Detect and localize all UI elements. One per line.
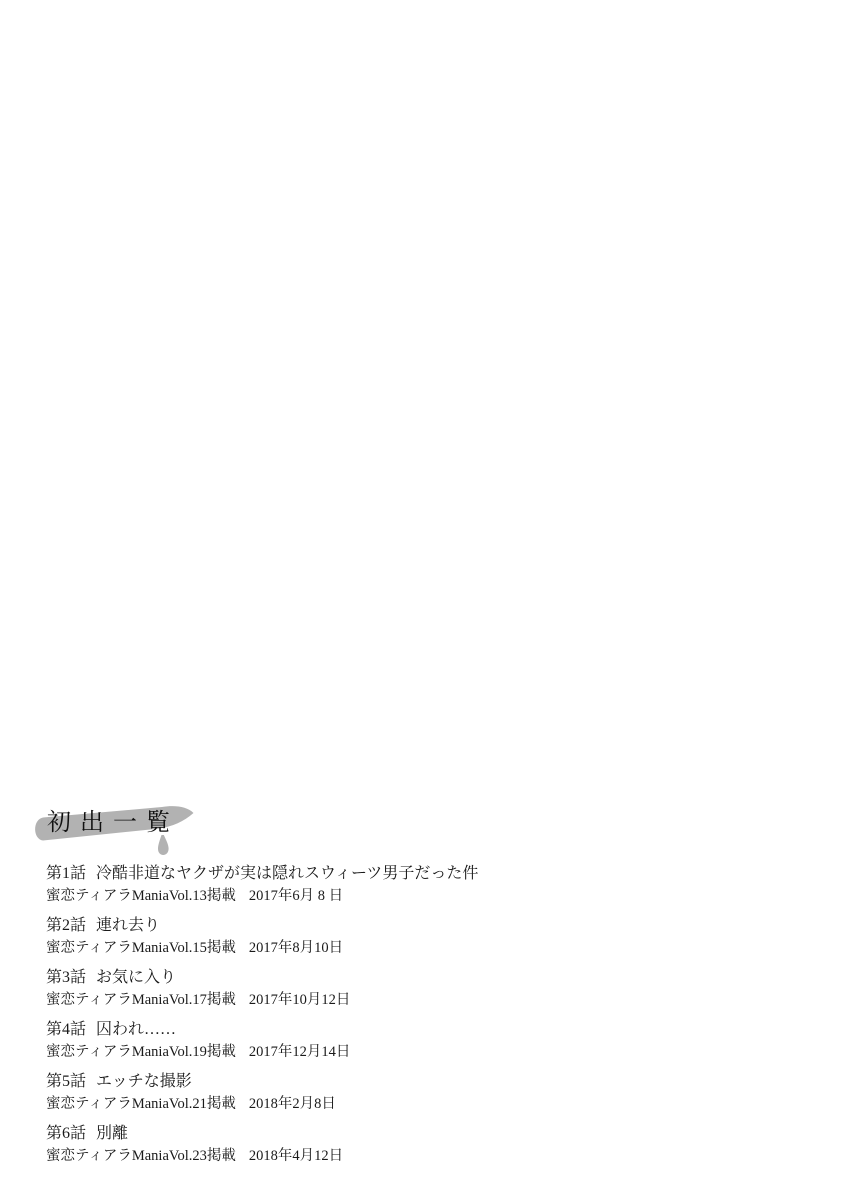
entry-publication-line: 蜜恋ティアラManiaVol.19掲載2017年12月14日 (46, 1041, 478, 1063)
entry-title-line: 第6話別離 (46, 1123, 478, 1145)
entry-title-line: 第1話冷酷非道なヤクザが実は隠れスウィーツ男子だった件 (46, 863, 478, 885)
publication-date: 2017年8月10日 (249, 940, 343, 956)
publication-name: 蜜恋ティアラManiaVol.13掲載 (46, 888, 236, 904)
publication-date: 2017年10月12日 (249, 992, 351, 1008)
ink-drip-icon (158, 835, 169, 855)
publication-name: 蜜恋ティアラManiaVol.19掲載 (46, 1044, 236, 1060)
page-title: 初出一覧 (47, 808, 179, 838)
chapter-number: 第2話 (46, 917, 86, 934)
list-item: 第5話エッチな撮影 蜜恋ティアラManiaVol.21掲載2018年2月8日 (46, 1071, 478, 1115)
publication-name: 蜜恋ティアラManiaVol.15掲載 (46, 940, 236, 956)
list-item: 第2話連れ去り 蜜恋ティアラManiaVol.15掲載2017年8月10日 (46, 915, 478, 959)
list-item: 第4話囚われ…… 蜜恋ティアラManiaVol.19掲載2017年12月14日 (46, 1019, 478, 1063)
chapter-title: お気に入り (96, 969, 176, 986)
list-item: 第6話別離 蜜恋ティアラManiaVol.23掲載2018年4月12日 (46, 1123, 478, 1167)
chapter-number: 第4話 (46, 1021, 86, 1038)
publication-name: 蜜恋ティアラManiaVol.21掲載 (46, 1096, 236, 1112)
publication-date: 2018年2月8日 (249, 1096, 336, 1112)
entry-publication-line: 蜜恋ティアラManiaVol.13掲載2017年6月 8 日 (46, 885, 478, 907)
chapter-title: 別離 (96, 1125, 128, 1142)
publication-name: 蜜恋ティアラManiaVol.17掲載 (46, 992, 236, 1008)
publication-date: 2017年12月14日 (249, 1044, 351, 1060)
entry-publication-line: 蜜恋ティアラManiaVol.23掲載2018年4月12日 (46, 1145, 478, 1167)
entry-title-line: 第5話エッチな撮影 (46, 1071, 478, 1093)
list-item: 第1話冷酷非道なヤクザが実は隠れスウィーツ男子だった件 蜜恋ティアラManiaV… (46, 863, 478, 907)
chapter-title: 連れ去り (96, 917, 160, 934)
chapter-title: エッチな撮影 (96, 1073, 192, 1090)
entry-title-line: 第2話連れ去り (46, 915, 478, 937)
publication-list: 第1話冷酷非道なヤクザが実は隠れスウィーツ男子だった件 蜜恋ティアラManiaV… (46, 863, 478, 1175)
chapter-number: 第3話 (46, 969, 86, 986)
chapter-number: 第1話 (46, 865, 86, 882)
chapter-number: 第6話 (46, 1125, 86, 1142)
entry-publication-line: 蜜恋ティアラManiaVol.15掲載2017年8月10日 (46, 937, 478, 959)
chapter-number: 第5話 (46, 1073, 86, 1090)
chapter-title: 囚われ…… (96, 1021, 176, 1038)
page: 初出一覧 第1話冷酷非道なヤクザが実は隠れスウィーツ男子だった件 蜜恋ティアラM… (0, 0, 843, 1200)
entry-publication-line: 蜜恋ティアラManiaVol.17掲載2017年10月12日 (46, 989, 478, 1011)
entry-title-line: 第3話お気に入り (46, 967, 478, 989)
publication-date: 2017年6月 8 日 (249, 888, 343, 904)
publication-name: 蜜恋ティアラManiaVol.23掲載 (46, 1148, 236, 1164)
entry-title-line: 第4話囚われ…… (46, 1019, 478, 1041)
list-item: 第3話お気に入り 蜜恋ティアラManiaVol.17掲載2017年10月12日 (46, 967, 478, 1011)
publication-date: 2018年4月12日 (249, 1148, 343, 1164)
entry-publication-line: 蜜恋ティアラManiaVol.21掲載2018年2月8日 (46, 1093, 478, 1115)
chapter-title: 冷酷非道なヤクザが実は隠れスウィーツ男子だった件 (96, 865, 478, 882)
